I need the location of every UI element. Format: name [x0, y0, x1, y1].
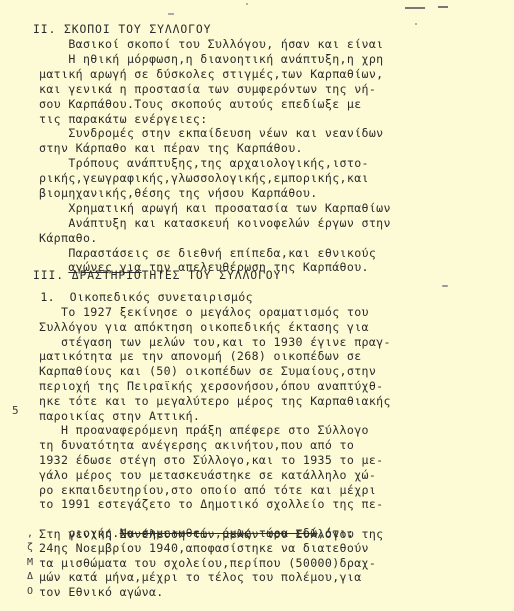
margin-letter: ζ [27, 542, 33, 553]
text-line: τις παρακάτω ενέργειες: [39, 112, 208, 126]
paper-speck [246, 3, 248, 5]
text-line: Χρηματική αρωγή και προσατασία των Καρπα… [39, 201, 391, 215]
text-line: περιοχή της Πειραϊκής χερσονήσου,όπου αν… [39, 379, 384, 393]
text-line: και γενικά η προστασία των συμφερόντων τ… [39, 82, 376, 96]
text-line: ρο εκπαιδευτηρίου,στο οποίο από τότε και… [39, 483, 376, 497]
text-line: γάλο μέρος του μετασκευάστηκε σε κατάλλη… [39, 468, 376, 482]
text-line: τον Εθνικό αγώνα. [39, 585, 164, 599]
text-line: Κάρπαθο. [39, 231, 98, 245]
text-line: Στη γενική Συνέλευση των μελών του Συλλό… [39, 527, 384, 541]
text-line: στην Κάρπαθο και πέραν της Καρπάθου. [39, 141, 303, 155]
text-line: μών κατά μήνα,μέχρι το τέλος του πολέμου… [39, 570, 362, 584]
top-stray-mark [405, 7, 425, 9]
text-line: Τρόπους ανάπτυξης,της αρχαιολογικής,ιστο… [39, 156, 369, 170]
margin-line-number: 5 [12, 404, 19, 417]
text-line: Συλλόγου για απόκτηση οικοπεδικής έκταση… [39, 320, 369, 334]
margin-letter: Μ [27, 557, 33, 568]
text-line: σου Καρπάθου.Τους σκοπούς αυτούς επεδίωξ… [39, 97, 362, 111]
margin-letter: Δ [27, 571, 33, 582]
text-line: Η ηθική μόρφωση,η διανοητική ανάπτυξη,η … [39, 52, 384, 66]
top-stray-mark [168, 13, 174, 15]
text-line: ρικής,γεωγραφικής,γλωσσολογικής,εμπορική… [39, 171, 369, 185]
text-line: ματική αρωγή σε δύσκολες στιγμές,των Καρ… [39, 67, 384, 81]
section-iii-heading: III. ΔΡΑΣΤΗΡΙΟΤΗΤΕΣ ΤΟΥ ΣΥΛΛΟΓΟΥ [33, 268, 281, 282]
text-line: Η προαναφερόμενη πράξη απέφερε στο Σύλλο… [39, 423, 369, 437]
text-line: τη δυνατότητα ανέγερσης ακινήτου,που από… [39, 438, 354, 452]
text-line: Το 1927 ξεκίνησε ο μεγάλος οραματισμός τ… [39, 305, 369, 319]
text-line: 1932 έδωσε στέγη στο Σύλλογο,και το 1935… [39, 453, 384, 467]
text-line: παροικίας στην Αττική. [39, 409, 200, 423]
section-iii-subheading: 1. Οικοπεδικός συνεταιρισμός [33, 290, 253, 304]
margin-letter: Ο [27, 586, 33, 597]
paper-speck [415, 23, 417, 25]
section-ii-heading: II. ΣΚΟΠΟΙ ΤΟΥ ΣΥΛΛΟΓΟΥ [33, 22, 211, 36]
text-line: Συνδρομές στην εκπαίδευση νέων και νεανί… [39, 126, 384, 140]
text-line: Καρπαθίους και (50) οικοπέδων σε Συμαίου… [39, 364, 376, 378]
text-line: ματικότητα με την απονομή (268) οικοπέδω… [39, 349, 362, 363]
text-line: 24ης Νοεμβρίου 1940,αποφασίστηκε να διατ… [39, 541, 369, 555]
text-line: τα μισθώματα του σχολείου,περίπου (50000… [39, 556, 376, 570]
margin-letter: , [27, 528, 33, 539]
paper-speck [442, 285, 448, 287]
text-line: στέγαση των μελών του,και το 1930 έγινε … [39, 335, 391, 349]
text-line: Ανάπτυξη και κατασκευή κοινοφελών έργων … [39, 216, 391, 230]
top-stray-mark [438, 6, 448, 8]
text-line: βιομηχανικής,θέσης της νήσου Καρπάθου. [39, 186, 318, 200]
text-line: Βασικοί σκοποί του Συλλόγου, ήσαν και εί… [39, 37, 384, 51]
text-line: το 1991 εστεγάζετο το Δημοτικό σχολλείο … [39, 497, 384, 511]
typewritten-page: II. ΣΚΟΠΟΙ ΤΟΥ ΣΥΛΛΟΓΟΥ Βασικοί σκοποί τ… [0, 0, 514, 611]
text-line: ηκε τότε και το μεγαλύτερο μέρος της Καρ… [39, 394, 391, 408]
